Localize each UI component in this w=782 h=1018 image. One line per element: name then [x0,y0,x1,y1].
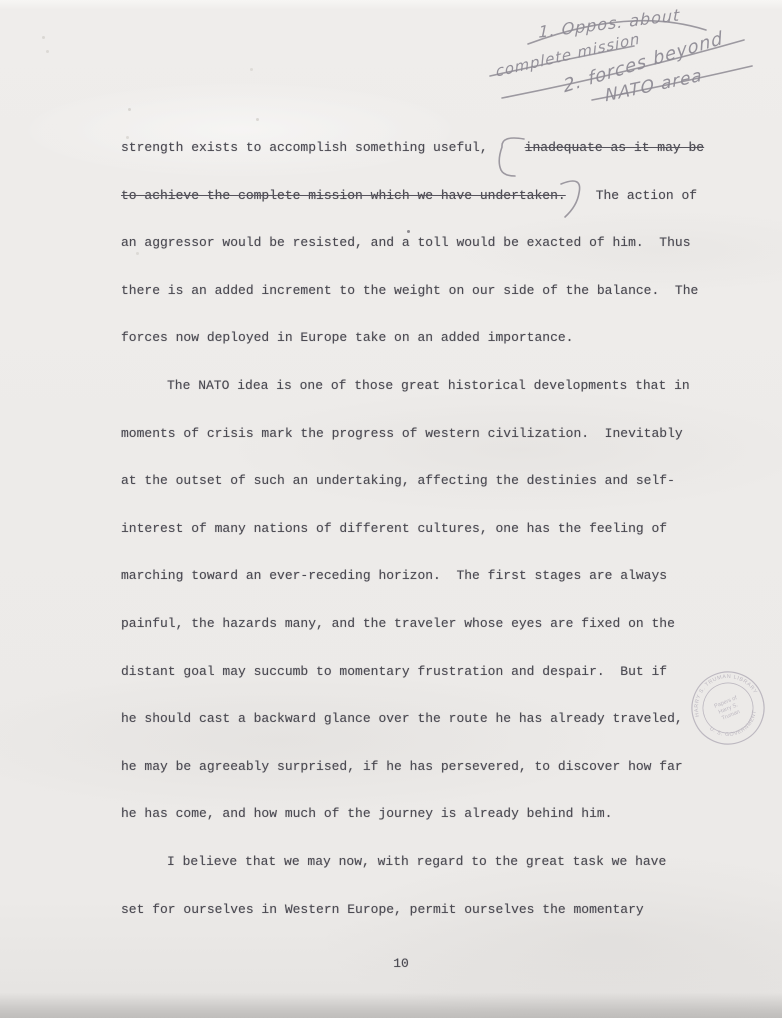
text-line: he should cast a backward glance over th… [121,711,721,759]
text-line: strength exists to accomplish something … [121,140,721,188]
document-page: 1. Oppos. about complete mission 2. forc… [0,0,782,1018]
page-number: 10 [121,956,681,971]
text-line: there is an added increment to the weigh… [121,283,721,331]
text-line: he may be agreeably surprised, if he has… [121,759,721,807]
text-line: set for ourselves in Western Europe, per… [121,902,721,950]
text-segment: The action of [596,188,697,203]
struck-text: inadequate as it may be [525,140,704,155]
text-segment: strength exists to accomplish something … [121,140,488,155]
text-line: The NATO idea is one of those great hist… [121,378,721,426]
text-line: at the outset of such an undertaking, af… [121,473,721,521]
struck-text: to achieve the complete mission which we… [121,188,566,203]
text-line: interest of many nations of different cu… [121,521,721,569]
text-line: forces now deployed in Europe take on an… [121,330,721,378]
text-line: marching toward an ever-receding horizon… [121,568,721,616]
paper-specks [0,0,3,3]
text-line: to achieve the complete mission which we… [121,188,721,236]
typed-text-block: strength exists to accomplish something … [121,140,721,949]
text-line: moments of crisis mark the progress of w… [121,426,721,474]
text-line: painful, the hazards many, and the trave… [121,616,721,664]
text-line: I believe that we may now, with regard t… [121,854,721,902]
archive-stamp: HARRY S. TRUMAN LIBRARY U. S. GOVERNMENT… [686,666,770,750]
text-line: he has come, and how much of the journey… [121,806,721,854]
text-line: an aggressor would be resisted, and a to… [121,235,721,283]
text-line: distant goal may succumb to momentary fr… [121,664,721,712]
